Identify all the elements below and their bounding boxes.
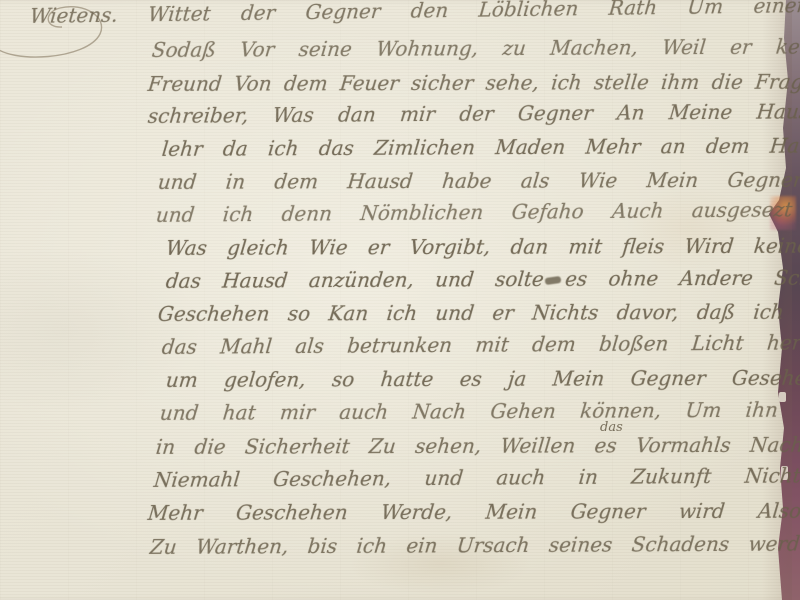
handwritten-line: Was gleich Wie er Vorgibt, dan mit fleis… (165, 236, 800, 258)
handwritten-line: lehr da ich das Zimlichen Maden Mehr an … (161, 135, 800, 159)
handwritten-line: schreiber, Was dan mir der Gegner An Mei… (147, 101, 800, 126)
handwritten-line: Freund Von dem Feuer sicher sehe, ich st… (147, 72, 800, 94)
handwritten-line: das Mahl als betrunken mit dem bloßen Li… (161, 332, 800, 357)
manuscript-scan: Wietens. Wittet der Gegner den Löblichen… (0, 0, 800, 600)
handwritten-line: das Hausd anzünden, und solte es ohne An… (165, 267, 800, 291)
interline-insertion: das (600, 420, 623, 435)
handwritten-line: und hat mir auch Nach Gehen können, Um i… (159, 399, 800, 423)
handwritten-line: Geschehen so Kan ich und er Nichts davor… (157, 302, 800, 324)
handwritten-line: und in dem Hausd habe als Wie Mein Gegne… (157, 170, 800, 192)
handwritten-line: Mehr Geschehen Werde, Mein Gegner wird A… (147, 500, 800, 523)
handwriting-block: Wietens. Wittet der Gegner den Löblichen… (0, 0, 800, 600)
handwritten-line: Zu Warthen, bis ich ein Ursach seines Sc… (149, 534, 800, 557)
handwritten-line: Niemahl Geschehen, und auch in Zukunft N… (153, 465, 800, 490)
handwritten-line: um gelofen, so hatte es ja Mein Gegner G… (165, 368, 800, 390)
handwritten-line: Wietens. Wittet der Gegner den Löblichen… (29, 0, 800, 26)
handwritten-line: und ich denn Nömblichen Gefaho Auch ausg… (155, 199, 793, 225)
handwritten-line: in die Sicherheit Zu sehen, Weillen es V… (155, 435, 800, 457)
handwritten-line: Sodaß Vor seine Wohnung, zu Machen, Weil… (151, 37, 800, 61)
